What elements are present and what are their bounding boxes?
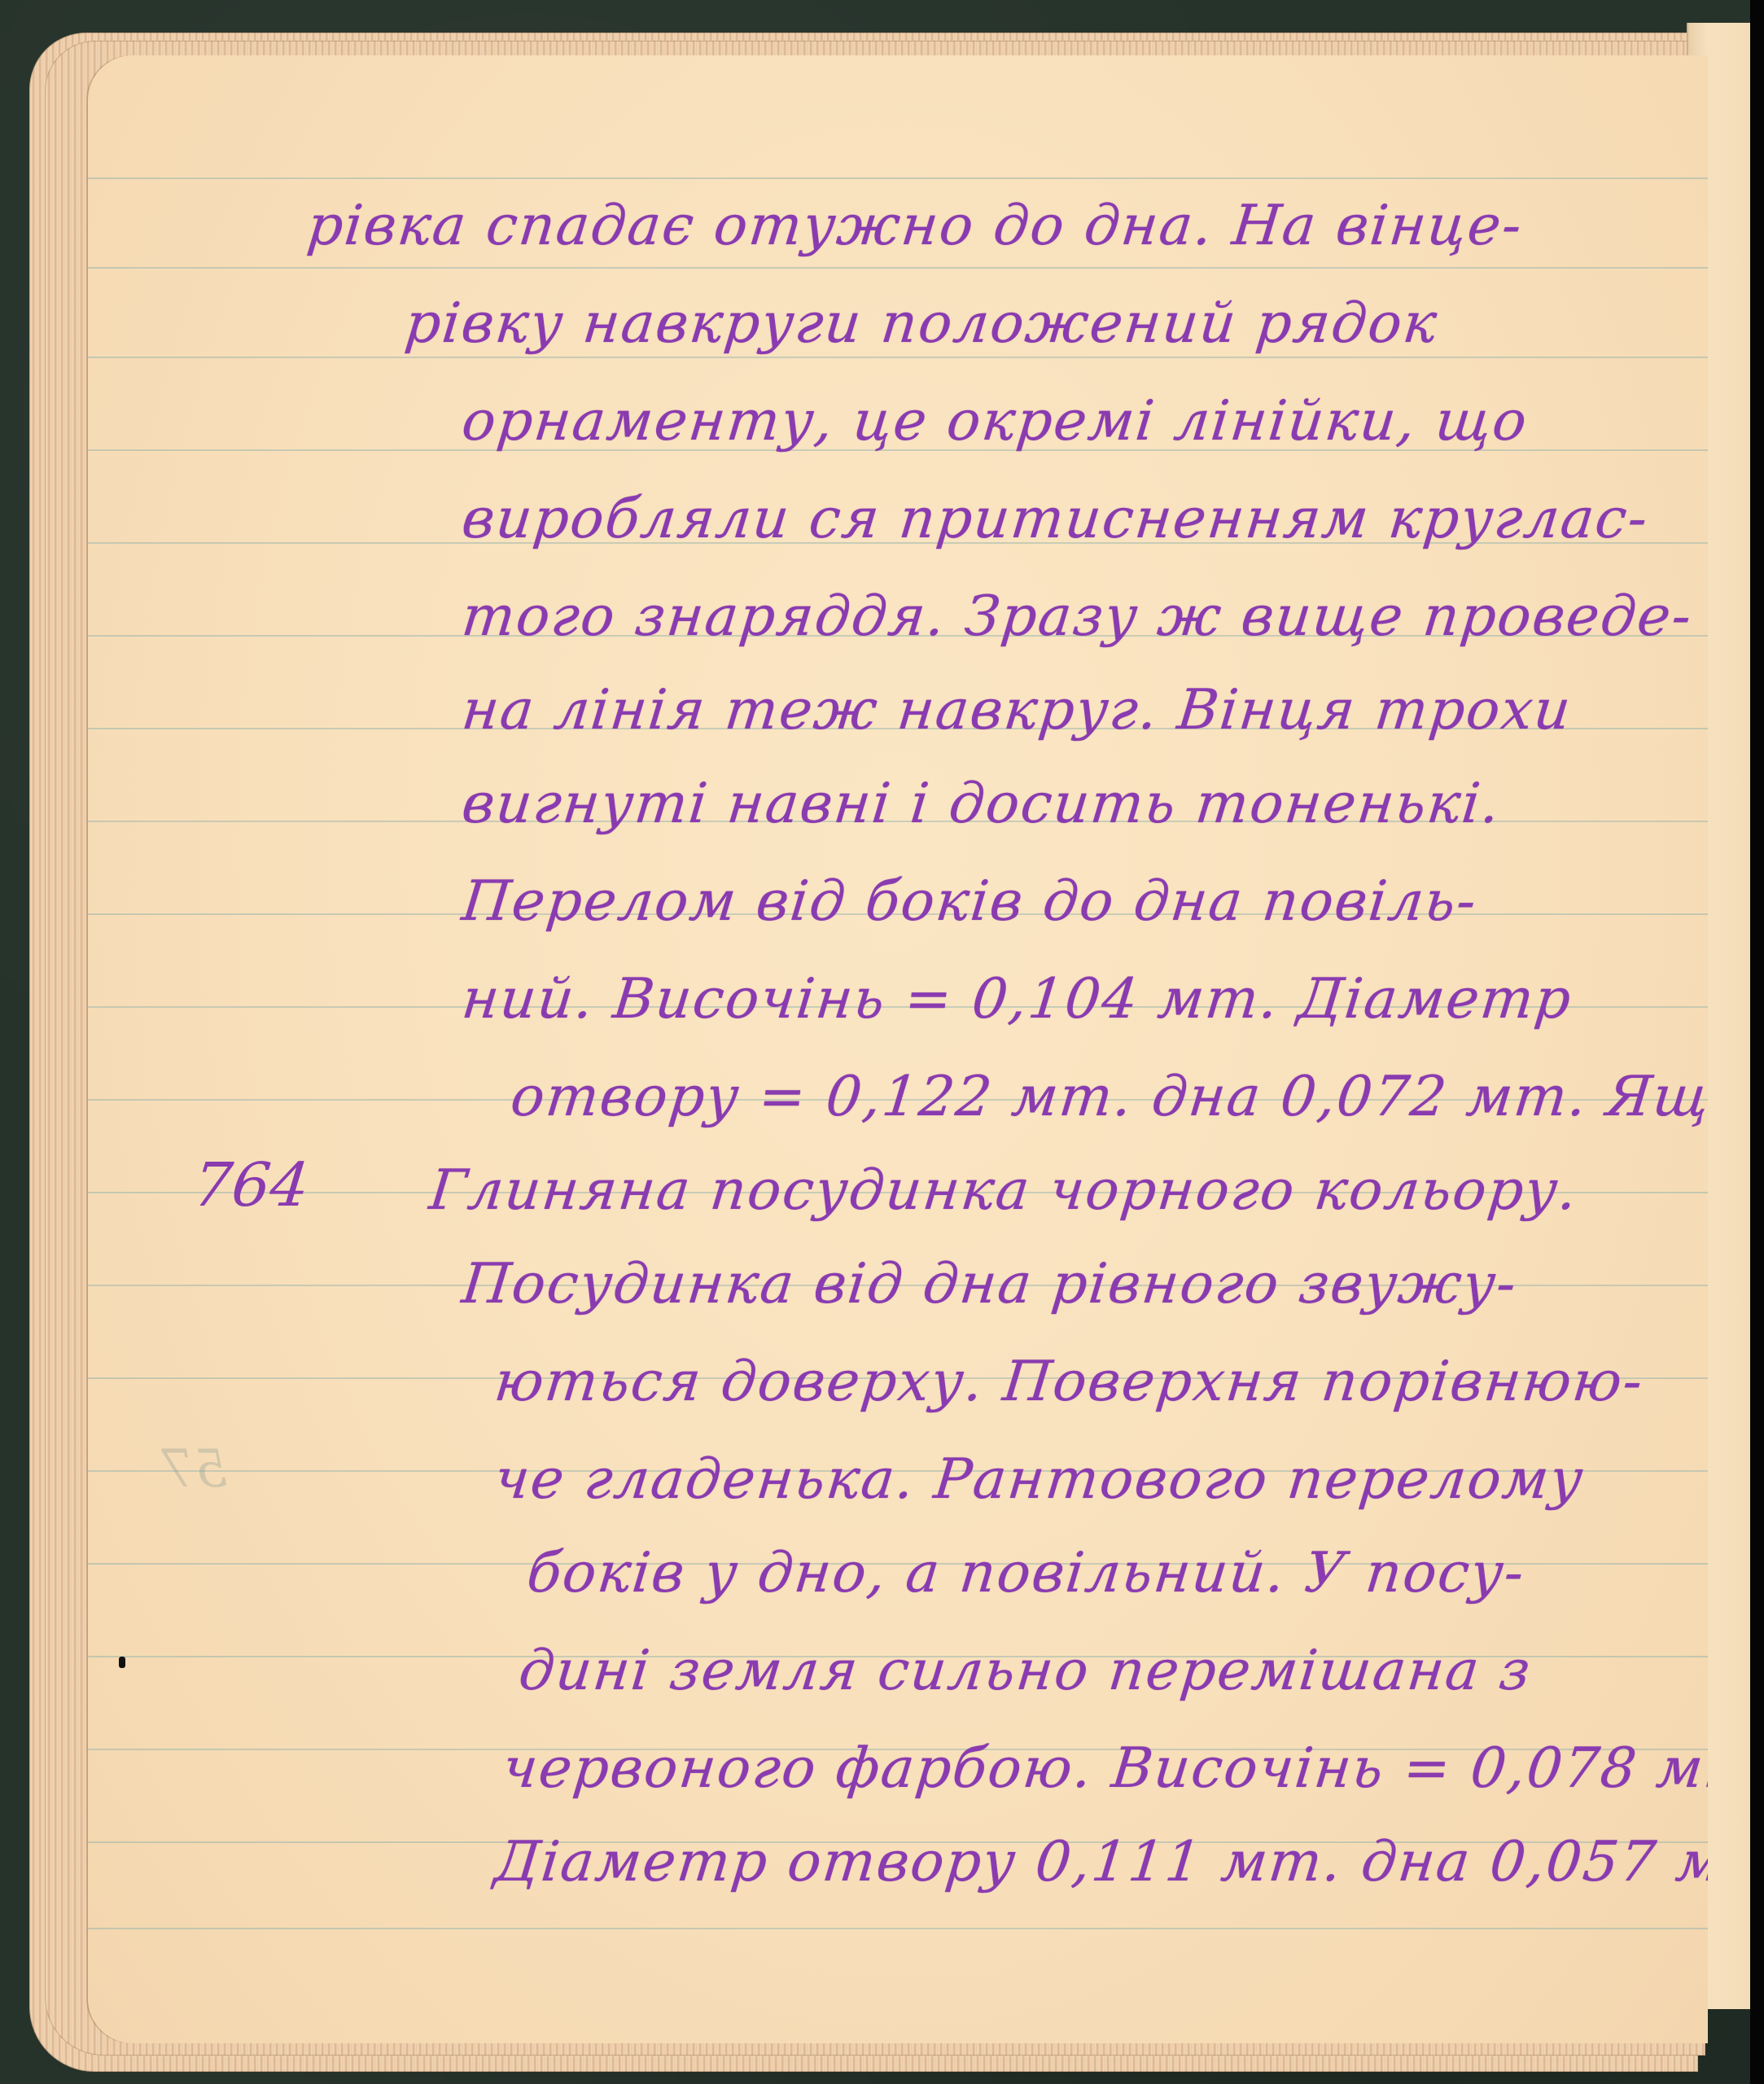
handwritten-line: ний. Височінь = 0,104 мт. Діаметр <box>459 967 1575 1031</box>
handwritten-line: того знаряддя. Зразу ж вище проведе- <box>459 584 1696 649</box>
handwritten-line: Глиняна посудинка чорного кольору. <box>427 1158 1582 1223</box>
handwritten-line: ються доверху. Поверхня порівнюю- <box>492 1350 1647 1414</box>
handwritten-line: рівку навкруги положений рядок <box>402 291 1442 356</box>
ink-dot-mark <box>119 1657 125 1668</box>
handwritten-line: Діаметр отвору 0,111 мт. дна 0,057 мт. Я… <box>492 1830 1708 1894</box>
handwritten-line: боків у дно, а повільний. У посу- <box>524 1541 1529 1605</box>
binding-shadow <box>1750 0 1764 2084</box>
handwritten-line: отвору = 0,122 мт. дна 0,072 мт. Ящ. № X… <box>508 1065 1708 1129</box>
handwritten-line: че гладенька. Рантового перелому <box>492 1447 1587 1512</box>
handwritten-line: дині земля сильно перемішана з <box>516 1639 1534 1703</box>
handwritten-line: рівка спадає отужно до дна. На вінце- <box>304 194 1526 258</box>
handwritten-line: червоного фарбою. Височінь = 0,078 мт. <box>500 1736 1708 1801</box>
handwritten-line: вигнуті навні і досить тоненькі. <box>459 772 1504 836</box>
handwritten-line: Посудинка від дна рівного звужу- <box>459 1252 1521 1316</box>
handwritten-text: рівка спадає отужно до дна. На вінце- рі… <box>88 55 1708 2043</box>
entry-number: 764 <box>190 1150 312 1220</box>
handwritten-line: Перелом від боків до дна повіль- <box>459 869 1481 934</box>
handwritten-line: на лінія теж навкруг. Вінця трохи <box>459 678 1575 742</box>
handwritten-line: виробляли ся притисненням круглас- <box>459 487 1652 551</box>
notebook-page: 57 рівка спадає отужно до дна. На вінце-… <box>88 55 1708 2043</box>
handwritten-line: орнаменту, це окремі лінійки, що <box>459 389 1531 453</box>
